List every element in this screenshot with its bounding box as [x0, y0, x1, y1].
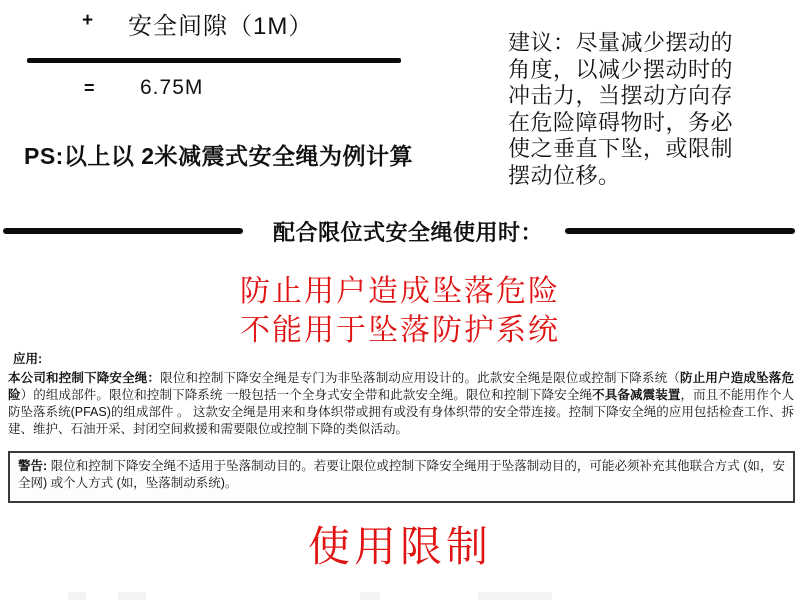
- application-text: ）的组成部件。限位和控制下降系统 一般包括一个全身式安全带和此款安全绳。限位和控…: [21, 388, 593, 402]
- ps-note: PS:以上以 2米减震式安全绳为例计算: [24, 138, 413, 171]
- application-paragraph: 本公司和控制下降安全绳：限位和控制下降安全绳是专门为非坠落制动应用设计的。此款安…: [8, 370, 794, 438]
- formula-sum-line: [27, 58, 401, 63]
- suggestion-line: 冲击力，当摆动方向存: [508, 83, 800, 110]
- scan-artifact: [360, 592, 380, 600]
- formula-result: 6.75M: [140, 76, 203, 100]
- scan-artifact: [118, 592, 146, 600]
- red-warning-heading: 防止用户造成坠落危险 不能用于坠落防护系统: [0, 272, 800, 350]
- suggestion-line: 角度，以减少摆动时的: [508, 57, 800, 84]
- warning-label: 警告:: [18, 459, 47, 473]
- red-warning-line2: 不能用于坠落防护系统: [0, 311, 800, 350]
- suggestion-line: 建议：尽量减少摆动的: [508, 30, 800, 57]
- scan-artifact: [478, 592, 552, 600]
- application-inline-bold: 不具备减震装置: [592, 388, 680, 402]
- warning-text: 限位和控制下降安全绳不适用于坠落制动目的。若要让限位或控制下降安全绳用于坠落制动…: [18, 459, 785, 490]
- suggestion-line: 摆动位移。: [508, 163, 800, 190]
- suggestion-line: 在危险障碍物时，务必: [508, 110, 800, 137]
- divider-line-left: [3, 228, 243, 234]
- red-warning-line1: 防止用户造成坠落危险: [0, 272, 800, 311]
- application-text: 限位和控制下降安全绳是专门为非坠落制动应用设计的。此款安全绳是限位或控制下降系统…: [160, 371, 680, 385]
- scan-artifact: [68, 592, 86, 600]
- application-lead-bold: 本公司和控制下降安全绳：: [8, 371, 160, 385]
- application-label: 应用:: [13, 349, 42, 367]
- formula-equals-sign: =: [84, 78, 95, 99]
- formula-plus-sign: +: [82, 10, 93, 32]
- divider-line-right: [565, 228, 795, 234]
- manual-page: + 安全间隙（1M） = 6.75M PS:以上以 2米减震式安全绳为例计算 建…: [0, 0, 800, 600]
- warning-box: 警告: 限位和控制下降安全绳不适用于坠落制动目的。若要让限位或控制下降安全绳用于…: [8, 451, 795, 503]
- suggestion-paragraph: 建议：尽量减少摆动的 角度，以减少摆动时的 冲击力，当摆动方向存 在危险障碍物时…: [508, 30, 800, 189]
- section-divider-title: 配合限位式安全绳使用时：: [258, 216, 558, 247]
- suggestion-line: 使之垂直下坠，或限制: [508, 136, 800, 163]
- usage-restriction-title: 使用限制: [0, 514, 800, 574]
- formula-addend: 安全间隙（1M）: [128, 6, 313, 41]
